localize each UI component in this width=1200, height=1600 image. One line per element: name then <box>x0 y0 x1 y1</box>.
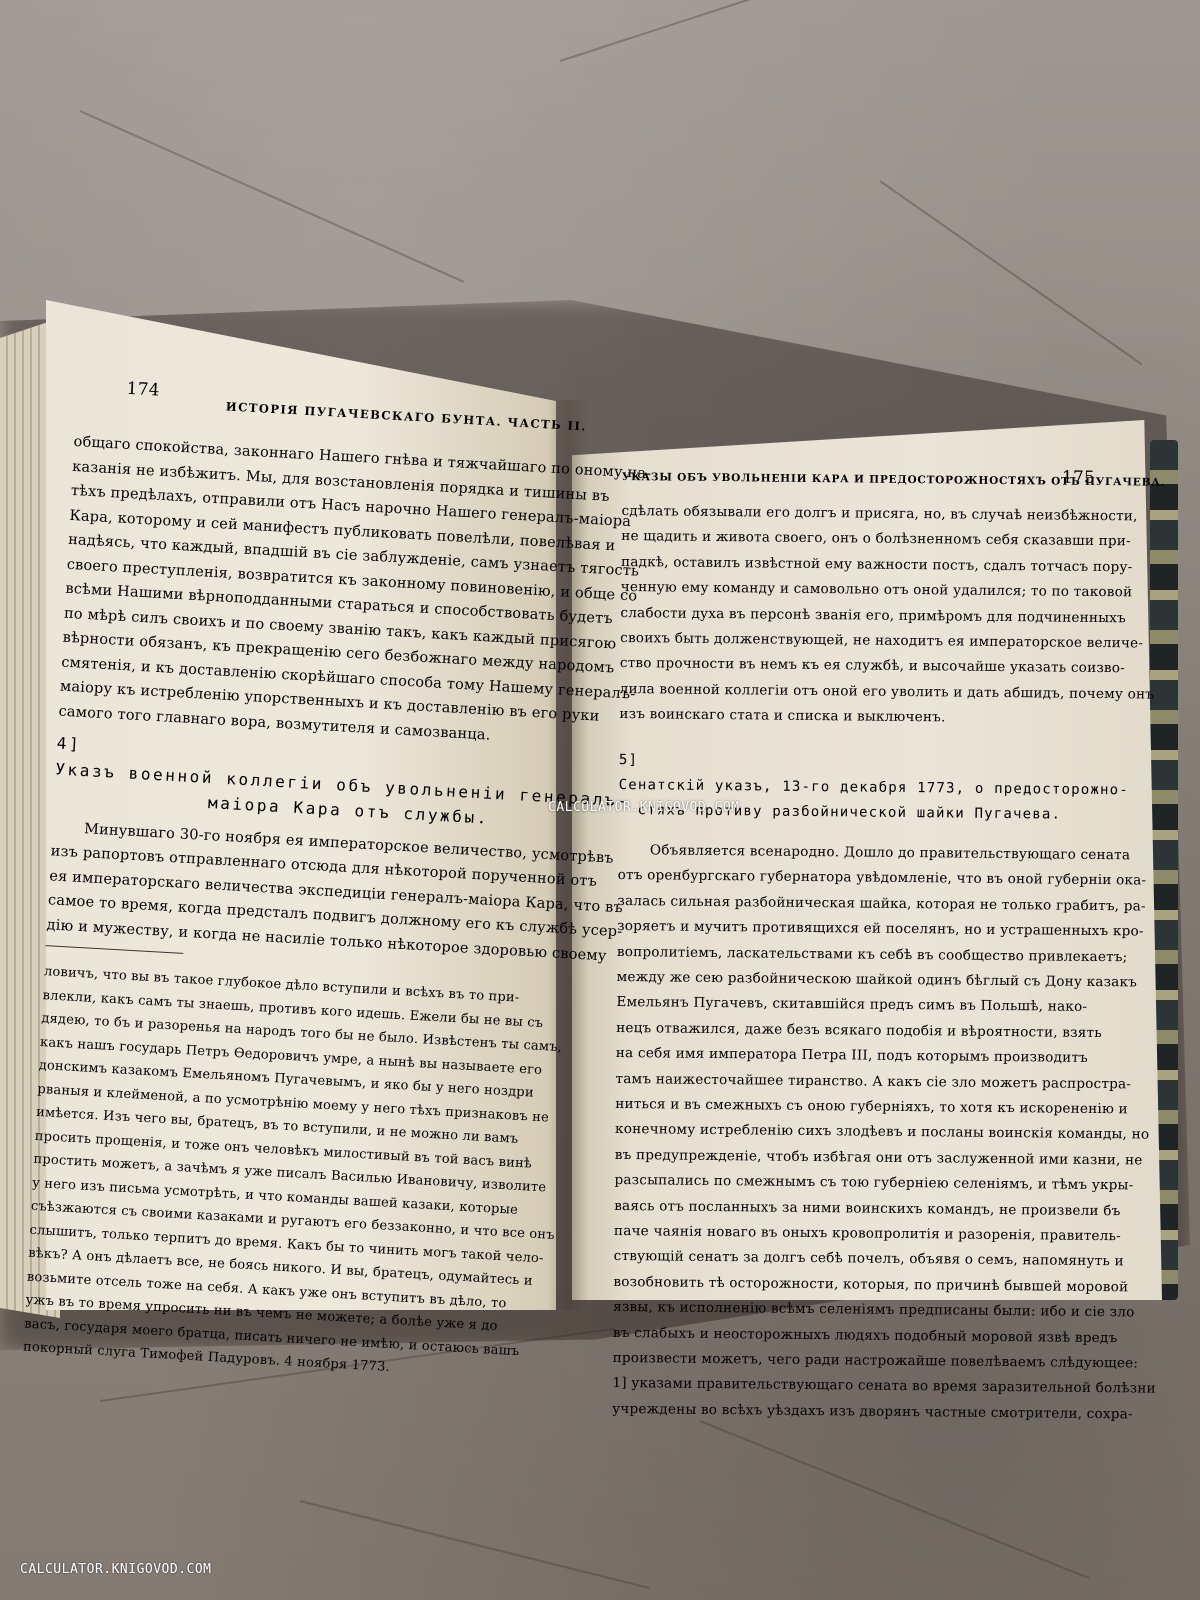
text-line: учреждены во всѣхъ уѣздахъ изъ дворянъ ч… <box>612 1397 1074 1427</box>
section-number: 4] <box>56 733 81 753</box>
body-paragraph: сдѣлать обязывали его долгъ и присяга, н… <box>619 499 1083 732</box>
section-heading: 5] Сенатскій указъ, 13-го декабря 1773, … <box>618 748 1081 829</box>
right-page-text: УКАЗЫ ОБЪ УВОЛЬНЕНІИ КАРА И ПРЕДОСТОРОЖН… <box>612 465 1084 1427</box>
body-paragraph: общаго спокойства, законнаго Нашего гнѣв… <box>58 430 544 750</box>
footnote-rule <box>45 945 183 954</box>
section-heading: 4] Указъ военной коллегіи объ увольненіи… <box>53 731 526 833</box>
section-paragraph: Минувшаго 30-го ноября ея императорское … <box>46 815 522 964</box>
section-number: 5] <box>619 752 638 768</box>
page-number: 175 <box>1062 466 1095 492</box>
watermark-center: CALCULATOR.KNIGOVOD.COM <box>548 800 740 815</box>
section-title-line-1: Сенатскій указъ, 13-го декабря 1773, о п… <box>619 777 1129 798</box>
watermark-bottom-left: CALCULATOR.KNIGOVOD.COM <box>20 1562 212 1577</box>
left-page-text: 174 ИСТОРІЯ ПУГАЧЕВСКАГО БУНТА. ЧАСТЬ II… <box>22 400 545 1385</box>
page-number: 174 <box>126 377 160 403</box>
footnote: ловичъ, что вы въ такое глубокое дѣло вс… <box>22 960 514 1385</box>
text-line: изъ воинскаго стата и списка и выключенъ… <box>619 702 1081 732</box>
section-paragraph: Объявляется всенародно. Дошло до правите… <box>612 838 1080 1427</box>
